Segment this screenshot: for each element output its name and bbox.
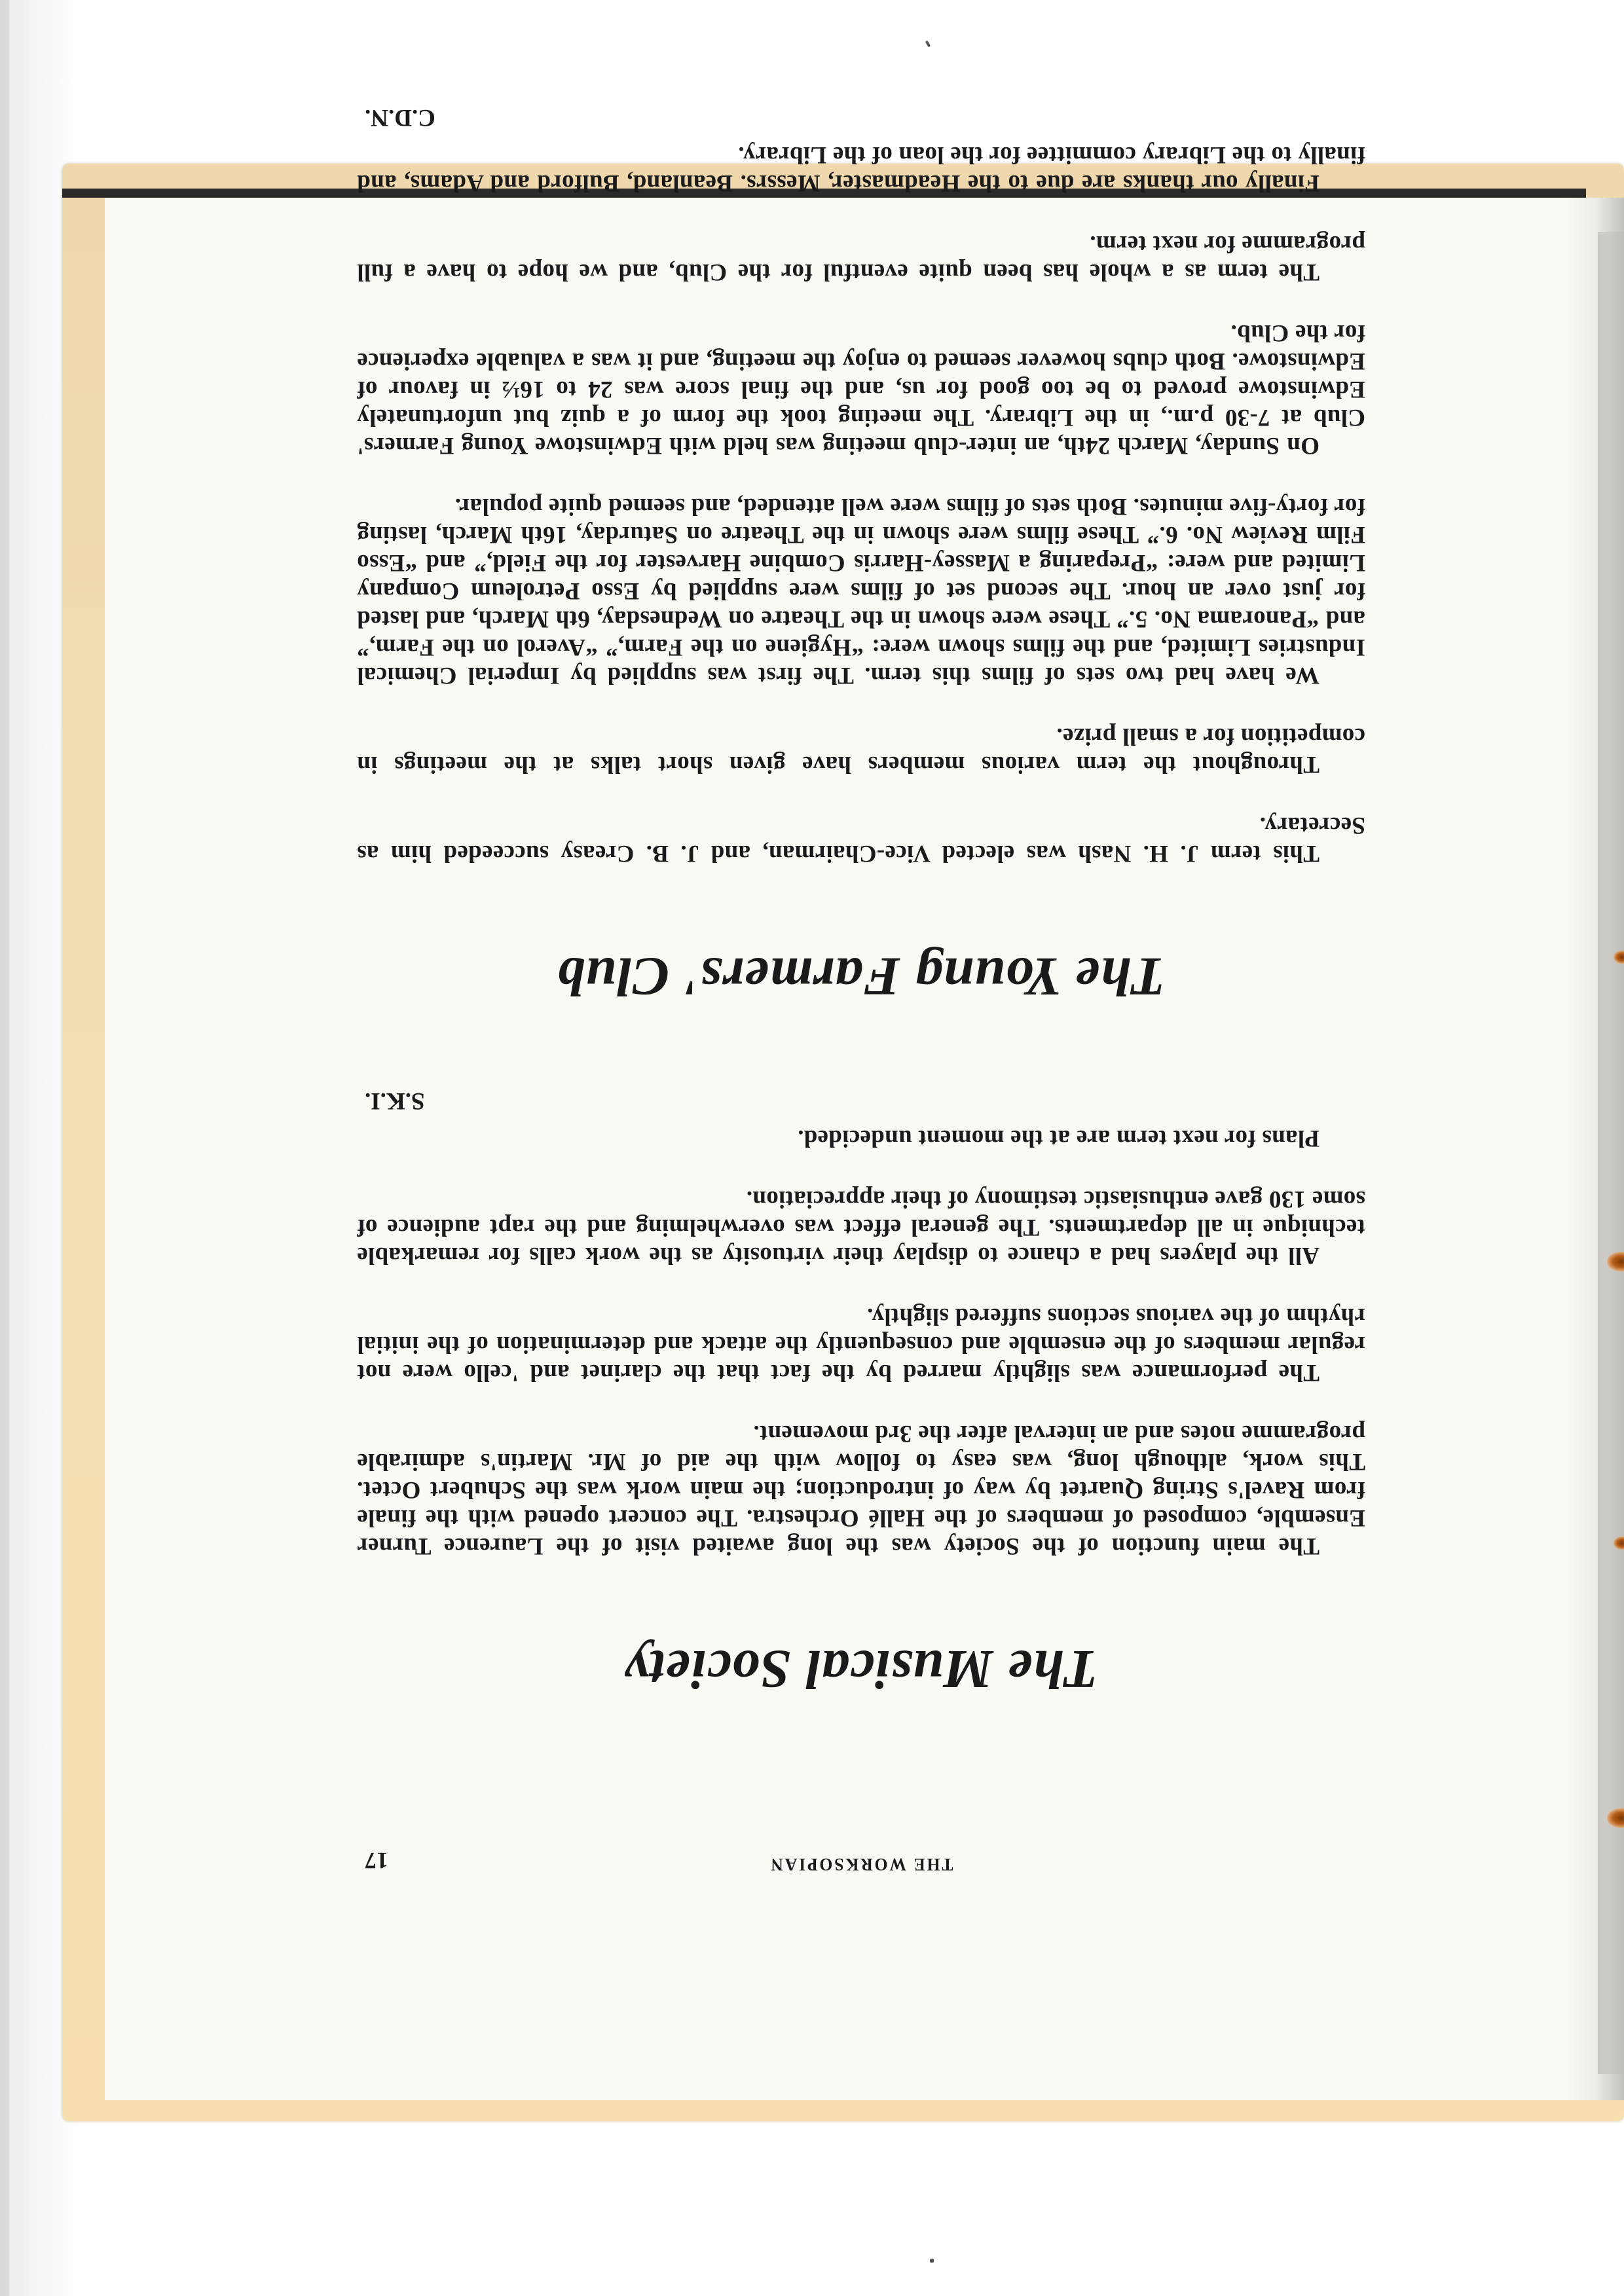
section-musical-society: The Musical Society The main function of… <box>357 1087 1365 1701</box>
paragraph: Finally our thanks are due to the Headma… <box>357 141 1365 197</box>
section-title: The Young Farmers' Club <box>357 945 1365 1008</box>
printed-page: THE WORKSOPIAN 17 The Musical Society Th… <box>105 198 1624 2100</box>
section-title: The Musical Society <box>357 1637 1365 1701</box>
paragraph: All the players had a chance to display … <box>357 1185 1365 1269</box>
text-block: THE WORKSOPIAN 17 The Musical Society Th… <box>357 103 1365 1874</box>
author-initials: S.K.I. <box>365 1087 1365 1115</box>
paragraph: We have had two sets of films this term.… <box>357 492 1365 689</box>
book-page-scan: THE WORKSOPIAN 17 The Musical Society Th… <box>62 164 1624 2121</box>
dust-speck <box>930 2259 934 2263</box>
running-head: THE WORKSOPIAN 17 <box>357 1848 1365 1874</box>
paragraph: On Sunday, March 24th, an inter-club mee… <box>357 319 1365 460</box>
paragraph: This term J. H. Nash was elected Vice-Ch… <box>357 811 1365 867</box>
running-head-title: THE WORKSOPIAN <box>382 1854 1340 1874</box>
page-number: 17 <box>365 1847 388 1874</box>
scan-edge-shadow <box>0 0 9 2296</box>
paragraph: The main function of the Society was the… <box>357 1419 1365 1560</box>
section-young-farmers-club: The Young Farmers' Club This term J. H. … <box>357 103 1365 1008</box>
paragraph: The performance was slightly marred by t… <box>357 1302 1365 1387</box>
paragraph: The term as a whole has been quite event… <box>357 230 1365 286</box>
paragraph: Plans for next term are at the moment un… <box>357 1124 1365 1152</box>
paragraph: Throughout the term various members have… <box>357 722 1365 778</box>
author-initials: C.D.N. <box>365 103 1365 132</box>
